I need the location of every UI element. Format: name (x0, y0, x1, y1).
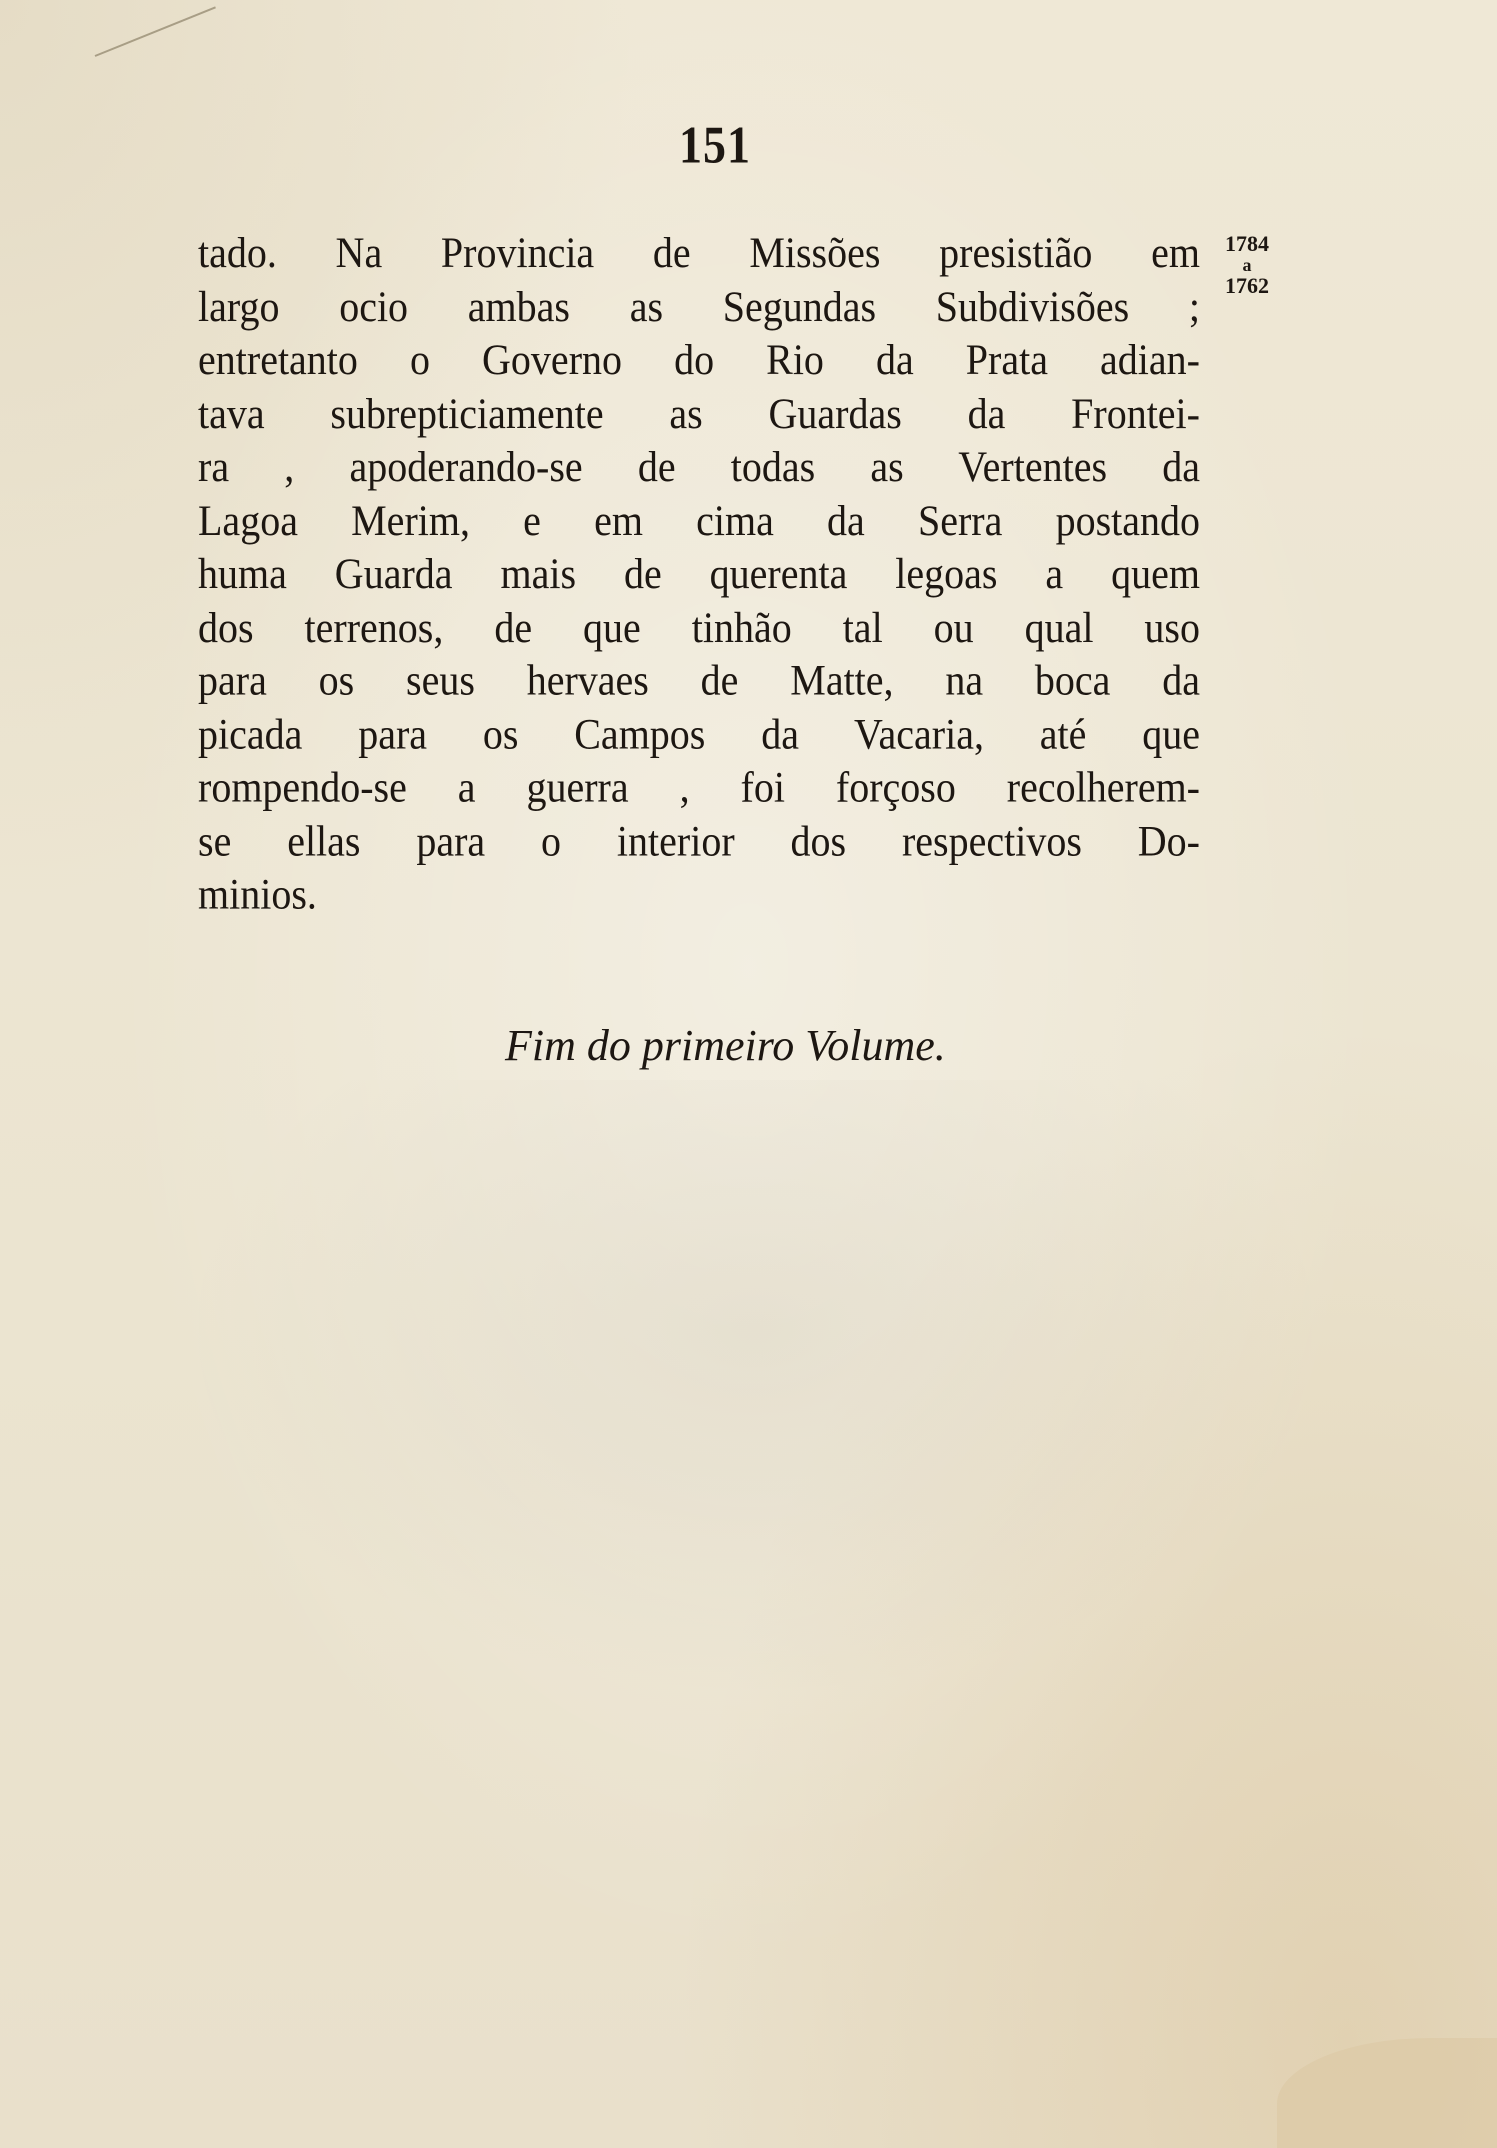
margin-note-to-year: 1762 (1212, 274, 1282, 298)
ink-bleed-through (180, 1080, 1330, 1700)
text-line: largo ocio ambas as Segundas Subdivisões… (198, 279, 1200, 332)
stray-hair-mark (95, 6, 216, 57)
text-line: se ellas para o interior dos respectivos… (198, 814, 1200, 867)
text-line: tado. Na Provincia de Missões presistião… (198, 226, 1200, 279)
text-line: entretanto o Governo do Rio da Prata adi… (198, 333, 1200, 386)
corner-water-stain (1277, 2038, 1497, 2148)
text-line: Lagoa Merim, e em cima da Serra postando (198, 493, 1200, 546)
text-line: rompendo-se a guerra , foi forçoso recol… (198, 761, 1200, 814)
text-line: tava subrepticiamente as Guardas da Fron… (198, 386, 1200, 439)
text-line: para os seus hervaes de Matte, na boca d… (198, 654, 1200, 707)
body-paragraph: tado. Na Provincia de Missões presistião… (198, 226, 1200, 921)
page-number: 151 (660, 114, 770, 175)
margin-note-from-year: 1784 (1212, 232, 1282, 256)
text-line: picada para os Campos da Vacaria, até qu… (198, 707, 1200, 760)
text-line: dos terrenos, de que tinhão tal ou qual … (198, 600, 1200, 653)
end-of-volume-note: Fim do primeiro Volume. (505, 1020, 1105, 1071)
text-line: ra , apoderando-se de todas as Vertentes… (198, 440, 1200, 493)
margin-note-connector: a (1212, 256, 1282, 274)
book-page: 151 1784 a 1762 tado. Na Provincia de Mi… (0, 0, 1497, 2148)
text-line: huma Guarda mais de querenta legoas a qu… (198, 547, 1200, 600)
margin-date-note: 1784 a 1762 (1212, 232, 1282, 298)
text-line: minios. (198, 868, 1200, 921)
